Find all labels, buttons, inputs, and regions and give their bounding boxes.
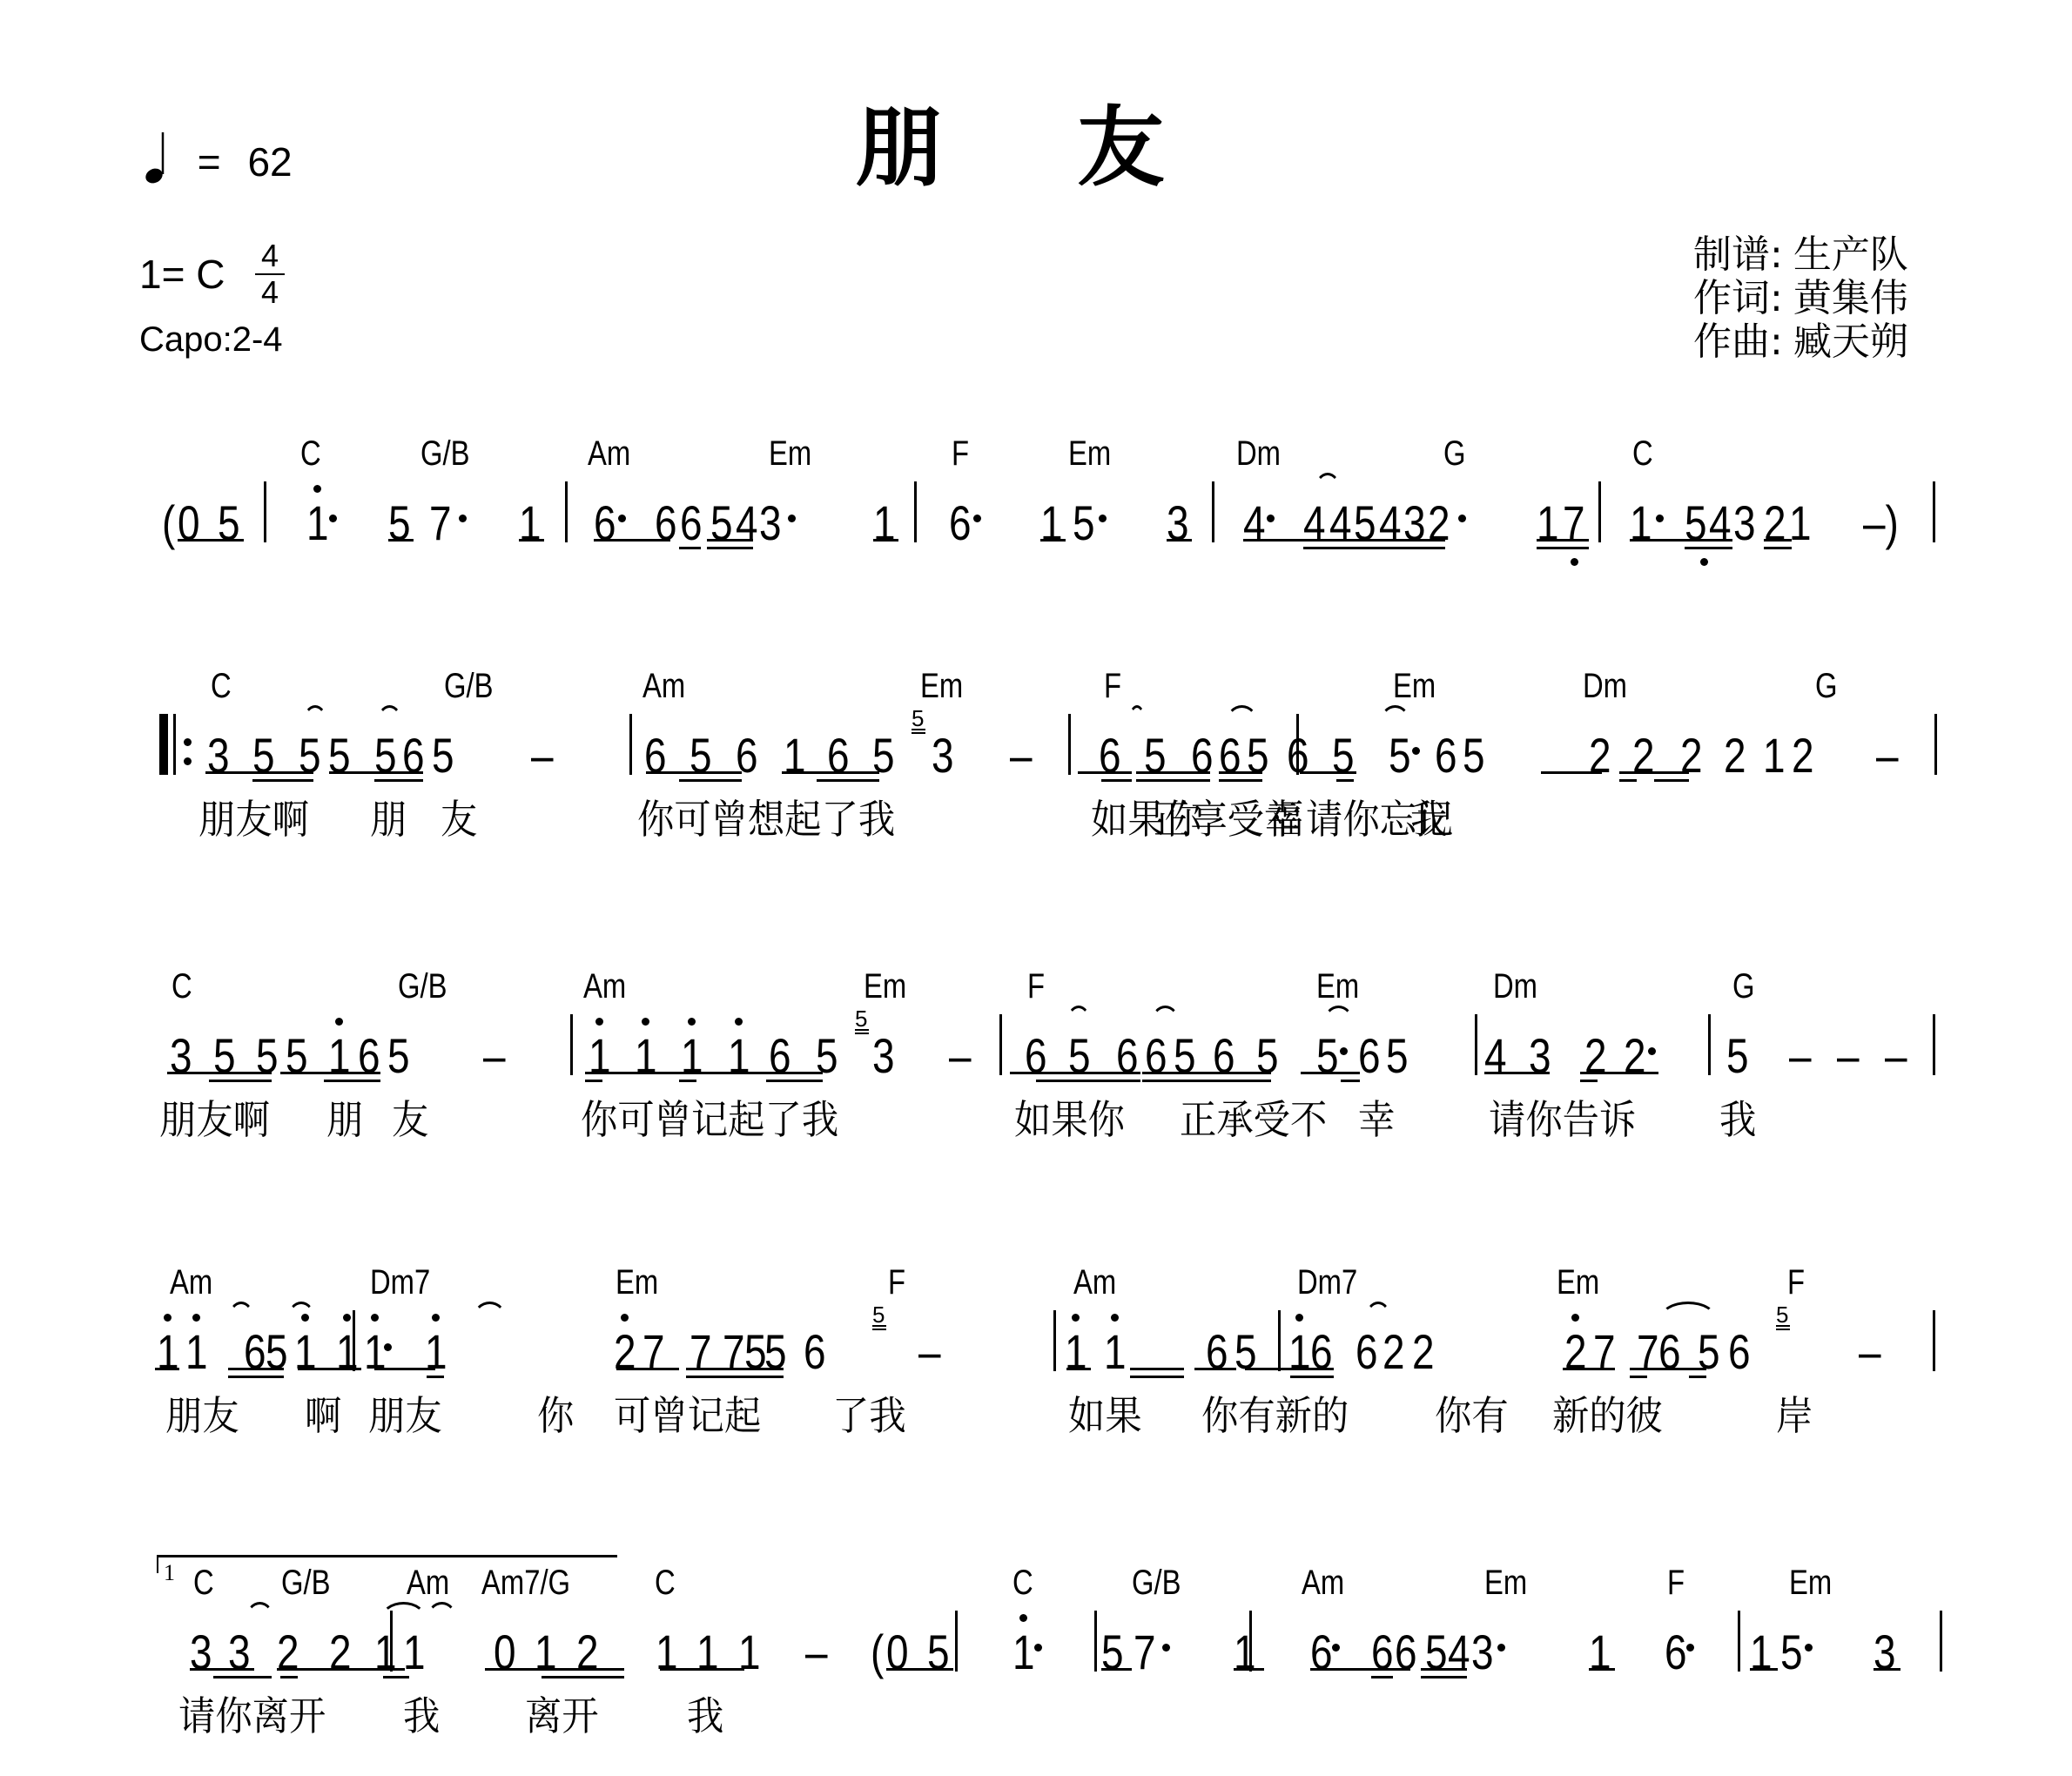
- rhythm-underline: [1619, 779, 1637, 782]
- augmentation-dot: [788, 515, 796, 522]
- note-digit: 6: [1356, 1328, 1378, 1376]
- chord-symbol: Am7/G: [481, 1565, 570, 1600]
- credit-value: 臧天朔: [1793, 320, 1908, 364]
- rhythm-underline: [1371, 1676, 1393, 1678]
- lyric-text: 我: [1719, 1100, 1756, 1140]
- lyric-text: 啊: [305, 1396, 341, 1436]
- barline: [353, 1310, 355, 1371]
- rhythm-underline: [427, 1376, 444, 1378]
- chord-symbol: F: [1104, 669, 1121, 703]
- sustain-dash: –: [1876, 731, 1899, 780]
- note-digit: 1: [1012, 1628, 1035, 1677]
- note-digit: 3: [872, 1032, 895, 1080]
- rhythm-underline: [782, 771, 879, 774]
- barline: [1934, 714, 1937, 775]
- rhythm-underline: [594, 539, 670, 542]
- octave-up-dot: [595, 1018, 603, 1026]
- chord-symbol: G: [1815, 669, 1838, 703]
- rhythm-underline: [1219, 779, 1262, 782]
- chord-symbol: G/B: [398, 969, 447, 1004]
- rhythm-underline: [1308, 771, 1356, 774]
- slur-arc: [377, 705, 402, 723]
- rhythm-underline: [660, 1668, 744, 1671]
- barline: [570, 1014, 573, 1075]
- rhythm-underline: [1421, 1676, 1467, 1678]
- augmentation-dot: [1340, 1047, 1348, 1055]
- rhythm-underline: [1618, 1072, 1658, 1074]
- octave-up-dot: [313, 485, 321, 493]
- credit-label: 作词:: [1693, 276, 1783, 320]
- rhythm-underline: [542, 1676, 624, 1678]
- lyric-text: 朋友: [165, 1396, 239, 1436]
- chord-symbol: Am: [1073, 1265, 1116, 1300]
- barline: [565, 481, 568, 542]
- time-sig-top: 4: [252, 239, 287, 272]
- rhythm-underline: [766, 1080, 823, 1082]
- lyric-text: 请你离开: [178, 1696, 326, 1736]
- rhythm-underline: [679, 1080, 696, 1082]
- augmentation-dot: [1034, 1644, 1042, 1652]
- chord-symbol: F: [1787, 1265, 1805, 1300]
- lyric-text: 岸: [1776, 1396, 1813, 1436]
- volta-number: 1: [164, 1560, 175, 1586]
- augmentation-dot: [618, 515, 626, 522]
- lyric-text: 你有新的: [1201, 1396, 1349, 1436]
- rhythm-underline: [252, 779, 313, 782]
- note-digit: (: [162, 499, 175, 548]
- barline: [1940, 1611, 1942, 1672]
- rhythm-underline: [707, 539, 753, 542]
- sustain-dash: –: [1885, 1032, 1907, 1080]
- rhythm-underline: [1630, 1368, 1706, 1370]
- sustain-dash: –: [1789, 1032, 1812, 1080]
- sustain-dash: –: [1837, 1032, 1860, 1080]
- lyric-text: 朋友: [368, 1396, 442, 1436]
- augmentation-dot: [1458, 515, 1466, 522]
- slur-arc: [1226, 705, 1258, 723]
- barline: [1738, 1611, 1740, 1672]
- lyric-text: 你: [537, 1396, 574, 1436]
- rhythm-underline: [1750, 1668, 1778, 1671]
- grace-underline: [855, 1029, 869, 1031]
- rhythm-underline: [1071, 1080, 1140, 1082]
- rhythm-underline: [1040, 539, 1066, 542]
- rhythm-underline: [1036, 1080, 1071, 1082]
- slur-arc: [1323, 1006, 1354, 1023]
- rhythm-underline: [167, 1072, 213, 1074]
- barline: [1212, 481, 1214, 542]
- rhythm-underline: [228, 1376, 284, 1378]
- grace-underline: [912, 729, 925, 730]
- rhythm-underline: [1537, 547, 1589, 549]
- rhythm-underline: [616, 1368, 679, 1370]
- rhythm-underline: [707, 547, 753, 549]
- chord-symbol: Dm: [1493, 969, 1537, 1004]
- lyric-text: 友: [392, 1100, 428, 1140]
- note-digit: 5: [432, 731, 454, 780]
- rhythm-underline: [1219, 771, 1262, 774]
- credit-composer: 作曲:臧天朔: [1693, 320, 1908, 364]
- chord-symbol: Em: [769, 436, 811, 471]
- rhythm-underline: [280, 1676, 298, 1678]
- slur-arc: [1066, 1006, 1091, 1023]
- augmentation-dot: [1267, 515, 1275, 522]
- note-digit: (: [871, 1628, 884, 1677]
- rhythm-underline: [1234, 1668, 1264, 1671]
- note-digit: 3: [932, 731, 954, 780]
- repeat-start-thin-bar: [173, 714, 176, 775]
- rhythm-underline: [1874, 1668, 1900, 1671]
- rhythm-underline: [1654, 779, 1689, 782]
- augmentation-dot: [1648, 1047, 1656, 1055]
- grace-note: 5: [912, 707, 924, 730]
- octave-up-dot: [192, 1314, 200, 1322]
- chord-symbol: F: [952, 436, 969, 471]
- augmentation-dot: [1805, 1644, 1813, 1652]
- chord-symbol: G/B: [281, 1565, 331, 1600]
- note-digit: 2: [1792, 731, 1814, 780]
- chord-symbol: Em: [1068, 436, 1111, 471]
- rhythm-underline: [1066, 1368, 1091, 1370]
- chord-symbol: G: [1443, 436, 1466, 471]
- chord-symbol: Em: [1557, 1265, 1599, 1300]
- barline: [914, 481, 917, 542]
- note-digit: 5: [387, 1032, 410, 1080]
- sustain-dash: –: [918, 1328, 941, 1376]
- rhythm-underline: [1245, 1368, 1334, 1370]
- chord-symbol: Em: [864, 969, 906, 1004]
- lyric-text: 我: [403, 1696, 440, 1736]
- rhythm-underline: [1764, 547, 1792, 549]
- note-digit: 6: [949, 499, 972, 548]
- lyric-text: 福: [1267, 799, 1303, 839]
- augmentation-dot: [329, 515, 337, 522]
- octave-up-dot: [1072, 1314, 1080, 1322]
- lyric-text: 幸: [1358, 1100, 1395, 1140]
- rhythm-underline: [324, 1080, 380, 1082]
- barline: [629, 714, 632, 775]
- chord-symbol: Am: [1302, 1565, 1344, 1600]
- chord-symbol: Em: [1789, 1565, 1832, 1600]
- note-digit: 2: [1382, 1328, 1405, 1376]
- chord-symbol: G/B: [420, 436, 470, 471]
- octave-up-dot: [1295, 1314, 1303, 1322]
- capo-text: Capo:2-4: [139, 322, 283, 357]
- sustain-dash: –: [805, 1628, 828, 1677]
- rhythm-underline: [485, 1668, 624, 1671]
- note-digit: 1: [1104, 1328, 1127, 1376]
- rhythm-underline: [277, 1668, 405, 1671]
- lyric-text: 请你告诉: [1489, 1100, 1636, 1140]
- augmentation-dot: [1162, 1644, 1170, 1652]
- rhythm-underline: [1303, 547, 1445, 549]
- note-digit: 5: [1073, 499, 1095, 548]
- chord-symbol: Am: [588, 436, 630, 471]
- rhythm-underline: [1303, 539, 1445, 542]
- slur-arc: [303, 705, 327, 723]
- grace-underline: [1776, 1325, 1790, 1327]
- barline: [1598, 481, 1601, 542]
- note-digit: 5: [1463, 731, 1485, 780]
- rhythm-underline: [1336, 779, 1354, 782]
- rhythm-underline: [228, 1368, 284, 1370]
- barline: [1475, 1014, 1477, 1075]
- slur-arc: [1659, 1302, 1717, 1319]
- octave-up-dot: [621, 1314, 629, 1322]
- credit-label: 制谱:: [1693, 232, 1783, 277]
- key-signature: 1= C: [139, 254, 225, 294]
- note-digit: 1: [1763, 731, 1786, 780]
- note-digit: 1: [185, 1328, 208, 1376]
- rhythm-underline: [1194, 1368, 1236, 1370]
- chord-symbol: G: [1732, 969, 1755, 1004]
- augmentation-dot: [1686, 1644, 1694, 1652]
- augmentation-dot: [1656, 515, 1664, 522]
- grace-underline: [872, 1325, 886, 1327]
- rhythm-underline: [1101, 779, 1132, 782]
- grace-underline: [912, 732, 925, 734]
- octave-up-dot: [343, 1314, 351, 1322]
- sustain-dash: –: [949, 1032, 972, 1080]
- lyric-text: 了我: [832, 1396, 906, 1436]
- octave-up-dot: [371, 1314, 379, 1322]
- tempo-marking: = 62: [139, 131, 293, 185]
- grace-note: 5: [855, 1007, 867, 1030]
- note-digit: 6: [804, 1328, 826, 1376]
- chord-symbol: Em: [1393, 669, 1436, 703]
- slur-arc: [427, 1602, 457, 1619]
- note-digit: 6: [1728, 1328, 1751, 1376]
- barline: [1933, 1014, 1935, 1075]
- slur-arc: [246, 1602, 274, 1619]
- octave-down-dot: [1571, 558, 1578, 566]
- rhythm-underline: [374, 1368, 435, 1370]
- lyric-text: 朋友啊: [198, 799, 309, 839]
- chord-symbol: Am: [170, 1265, 212, 1300]
- grace-note: 5: [872, 1303, 885, 1326]
- sustain-dash: –: [531, 731, 554, 780]
- rhythm-underline: [1630, 539, 1732, 542]
- repeat-start-thick-bar: [159, 714, 168, 775]
- rhythm-underline: [1071, 1072, 1140, 1074]
- rhythm-underline: [817, 779, 879, 782]
- barline: [390, 1611, 393, 1672]
- barline: [1053, 1310, 1056, 1371]
- rhythm-underline: [519, 539, 544, 542]
- augmentation-dot: [1497, 1644, 1505, 1652]
- note-digit: 3: [1471, 1628, 1494, 1677]
- rhythm-underline: [280, 1072, 380, 1074]
- rhythm-underline: [1136, 779, 1210, 782]
- rhythm-underline: [1290, 1376, 1334, 1378]
- barline: [999, 1014, 1002, 1075]
- rhythm-underline: [1630, 1376, 1647, 1378]
- slur-arc: [1315, 473, 1341, 490]
- rhythm-underline: [679, 779, 742, 782]
- note-digit: 2: [1412, 1328, 1435, 1376]
- tempo-bpm: 62: [247, 139, 292, 185]
- note-digit: 6: [1358, 1032, 1381, 1080]
- rhythm-underline: [1689, 1376, 1706, 1378]
- slur-arc: [1128, 705, 1146, 723]
- chord-symbol: C: [300, 436, 321, 471]
- rhythm-underline: [585, 1072, 744, 1074]
- chord-symbol: G/B: [444, 669, 494, 703]
- note-digit: 5: [1726, 1032, 1749, 1080]
- rhythm-underline: [1130, 1368, 1184, 1370]
- note-digit: 1: [1789, 499, 1812, 548]
- note-digit: 7: [429, 499, 452, 548]
- barline: [1296, 714, 1299, 775]
- octave-down-dot: [1700, 558, 1708, 566]
- octave-up-dot: [1019, 1614, 1027, 1622]
- rhythm-underline: [205, 771, 313, 774]
- rhythm-underline: [723, 1072, 823, 1074]
- time-signature: 4 4: [252, 239, 287, 309]
- rhythm-underline: [213, 1080, 272, 1082]
- lyric-text: 你有: [1435, 1396, 1509, 1436]
- lyric-text: 如果: [1068, 1396, 1142, 1436]
- song-title: 朋 友: [0, 104, 2072, 192]
- rhythm-underline: [686, 1376, 784, 1378]
- grace-underline: [855, 1033, 869, 1034]
- slur-arc: [287, 1302, 315, 1319]
- chord-symbol: Dm7: [370, 1265, 430, 1300]
- lyric-text: 朋: [370, 799, 407, 839]
- rhythm-underline: [1541, 771, 1602, 774]
- slur-arc: [1151, 1006, 1180, 1023]
- rhythm-underline: [374, 779, 423, 782]
- slur-arc: [473, 1302, 507, 1319]
- lyric-text: 朋友啊: [159, 1100, 270, 1140]
- augmentation-dot: [1099, 515, 1107, 522]
- slur-arc: [1380, 705, 1410, 723]
- credits-block: 制谱:生产队 作词:黄集伟 作曲:臧天朔: [1693, 233, 1908, 364]
- rhythm-underline: [646, 771, 742, 774]
- slur-arc: [228, 1302, 254, 1319]
- lyric-text: 你可曾想起了我: [637, 799, 895, 839]
- note-digit: 6: [1435, 731, 1457, 780]
- chord-symbol: Em: [1484, 1565, 1527, 1600]
- note-digit: 1: [403, 1628, 426, 1677]
- repeat-dot: [184, 738, 192, 746]
- rhythm-underline: [679, 547, 701, 549]
- credit-arranger: 制谱:生产队: [1693, 233, 1908, 277]
- slur-arc: [1365, 1302, 1391, 1319]
- rhythm-underline: [178, 539, 244, 542]
- rhythm-underline: [1537, 539, 1589, 542]
- chord-symbol: C: [211, 669, 232, 703]
- rhythm-underline: [1010, 1072, 1071, 1074]
- chord-symbol: Dm: [1583, 669, 1627, 703]
- rhythm-underline: [383, 1676, 409, 1678]
- barline: [955, 1611, 958, 1672]
- chord-symbol: Dm: [1236, 436, 1281, 471]
- lyric-text: 友: [441, 799, 477, 839]
- chord-symbol: C: [193, 1565, 214, 1600]
- lyric-text: 如果你: [1014, 1100, 1125, 1140]
- rhythm-underline: [1589, 1668, 1615, 1671]
- rhythm-underline: [1484, 1072, 1550, 1074]
- augmentation-dot: [459, 515, 467, 522]
- octave-up-dot: [164, 1314, 172, 1322]
- rhythm-underline: [1078, 771, 1132, 774]
- note-digit: 3: [759, 499, 782, 548]
- note-digit: 6: [680, 499, 703, 548]
- lyric-text: 新的彼: [1552, 1396, 1663, 1436]
- tempo-equals: =: [198, 139, 221, 185]
- augmentation-dot: [1332, 1644, 1340, 1652]
- rhythm-underline: [1142, 1080, 1271, 1082]
- note-digit: 1: [306, 499, 329, 548]
- lyric-text: 离开: [525, 1696, 599, 1736]
- rhythm-underline: [1301, 1072, 1360, 1074]
- rhythm-underline: [686, 1368, 784, 1370]
- rhythm-underline: [1142, 1072, 1271, 1074]
- note-digit: 5: [1386, 1032, 1409, 1080]
- chord-symbol: C: [655, 1565, 676, 1600]
- lyric-text: 我: [687, 1696, 723, 1736]
- barline: [1249, 1611, 1252, 1672]
- rhythm-underline: [388, 539, 414, 542]
- credit-lyricist: 作词:黄集伟: [1693, 277, 1908, 320]
- chord-symbol: Am: [407, 1565, 449, 1600]
- repeat-dot: [184, 757, 192, 765]
- octave-up-dot: [1571, 1314, 1579, 1322]
- rhythm-underline: [1136, 771, 1210, 774]
- chord-symbol: C: [1012, 1565, 1033, 1600]
- augmentation-dot: [384, 1343, 392, 1351]
- grace-note: 5: [1776, 1303, 1788, 1326]
- note-digit: 7: [1134, 1628, 1156, 1677]
- sustain-dash: –: [1010, 731, 1033, 780]
- note-digit: 2: [1724, 731, 1746, 780]
- rhythm-underline: [1580, 1080, 1598, 1082]
- sustain-dash: –: [1859, 1328, 1881, 1376]
- barline: [1933, 481, 1935, 542]
- sustain-dash: –: [483, 1032, 506, 1080]
- credit-label: 作曲:: [1693, 320, 1783, 364]
- lyric-text: 你可曾记起了我: [581, 1100, 838, 1140]
- octave-up-dot: [642, 1018, 649, 1026]
- credit-value: 黄集伟: [1793, 276, 1908, 320]
- chord-symbol: Am: [583, 969, 626, 1004]
- rhythm-underline: [1685, 547, 1732, 549]
- note-digit: 3: [1733, 499, 1756, 548]
- lyric-text: 我: [1410, 799, 1447, 839]
- rhythm-underline: [155, 1368, 179, 1370]
- rhythm-underline: [585, 1080, 602, 1082]
- rhythm-underline: [1167, 539, 1192, 542]
- lyric-text: 朋: [326, 1100, 363, 1140]
- quarter-note-icon: [139, 131, 169, 185]
- rhythm-underline: [886, 1668, 953, 1671]
- note-digit: 5: [1780, 1628, 1803, 1677]
- note-digit: 6: [1665, 1628, 1687, 1677]
- chord-symbol: Dm7: [1297, 1265, 1357, 1300]
- lyric-text: 正承受不: [1180, 1100, 1327, 1140]
- chord-symbol: Em: [616, 1265, 658, 1300]
- augmentation-dot: [973, 515, 981, 522]
- rhythm-underline: [873, 539, 898, 542]
- lyric-text: 可曾记起: [614, 1396, 761, 1436]
- rhythm-underline: [1764, 539, 1792, 542]
- rhythm-underline: [329, 771, 423, 774]
- barline: [1068, 714, 1071, 775]
- barline: [1278, 1310, 1281, 1371]
- barline: [264, 481, 266, 542]
- chord-symbol: C: [1632, 436, 1653, 471]
